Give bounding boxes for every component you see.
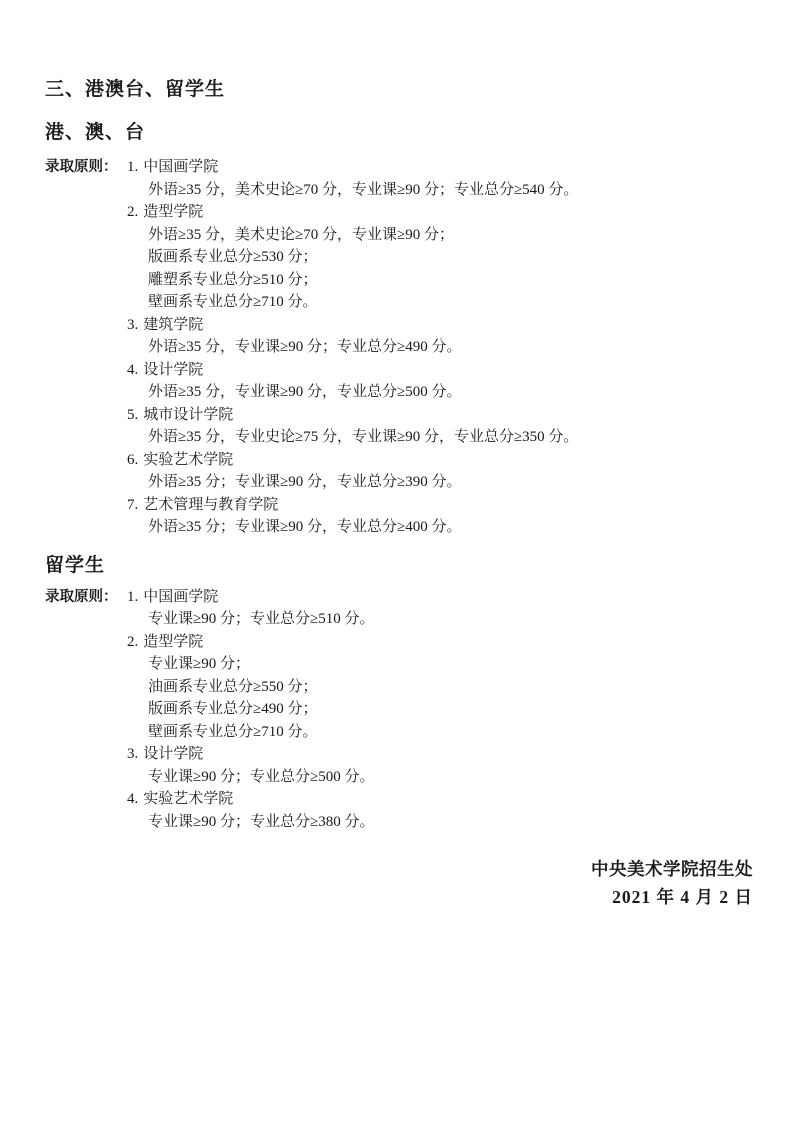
list-item: 3.设计学院 — [127, 743, 753, 766]
document-page: 三、港澳台、留学生 港、澳、台 录取原则： 1.中国画学院 外语≥35 分，美术… — [0, 0, 793, 1122]
item-name: 城市设计学院 — [143, 407, 233, 423]
item-name: 设计学院 — [143, 362, 203, 378]
list-item: 7.艺术管理与教育学院 — [127, 494, 753, 517]
principles-label: 录取原则： — [45, 156, 127, 179]
list-item: 6.实验艺术学院 — [127, 449, 753, 472]
item-detail: 专业课≥90 分； — [127, 653, 753, 676]
item-name: 设计学院 — [143, 746, 203, 762]
item-detail: 专业课≥90 分；专业总分≥380 分。 — [127, 811, 753, 834]
item-detail: 外语≥35 分，专业课≥90 分；专业总分≥490 分。 — [127, 336, 753, 359]
item-number: 1. — [127, 589, 138, 605]
item-detail: 雕塑系专业总分≥510 分； — [127, 269, 753, 292]
item-name: 建筑学院 — [143, 317, 203, 333]
item-detail: 专业课≥90 分；专业总分≥510 分。 — [127, 608, 753, 631]
signature-organization: 中央美术学院招生处 — [45, 855, 753, 883]
item-number: 7. — [127, 497, 138, 513]
item-detail: 专业课≥90 分；专业总分≥500 分。 — [127, 766, 753, 789]
item-detail: 版画系专业总分≥530 分； — [127, 246, 753, 269]
item-number: 4. — [127, 791, 138, 807]
item-detail: 壁画系专业总分≥710 分。 — [127, 291, 753, 314]
item-number: 3. — [127, 317, 138, 333]
item-number: 2. — [127, 634, 138, 650]
item-detail: 油画系专业总分≥550 分； — [127, 676, 753, 699]
item-detail: 壁画系专业总分≥710 分。 — [127, 721, 753, 744]
list-item: 5.城市设计学院 — [127, 404, 753, 427]
item-number: 4. — [127, 362, 138, 378]
list-item: 2.造型学院 — [127, 201, 753, 224]
list-item: 1.中国画学院 — [127, 586, 753, 609]
liuxuesheng-principles: 录取原则： 1.中国画学院 专业课≥90 分；专业总分≥510 分。 2.造型学… — [45, 586, 753, 834]
signature-date: 2021 年 4 月 2 日 — [45, 883, 753, 912]
item-name: 中国画学院 — [143, 589, 218, 605]
item-number: 6. — [127, 452, 138, 468]
subsection-heading-gangaotai: 港、澳、台 — [45, 120, 753, 146]
item-detail: 外语≥35 分，美术史论≥70 分，专业课≥90 分；专业总分≥540 分。 — [127, 179, 753, 202]
item-number: 2. — [127, 204, 138, 220]
item-detail: 外语≥35 分；专业课≥90 分，专业总分≥390 分。 — [127, 471, 753, 494]
item-detail: 外语≥35 分，专业史论≥75 分，专业课≥90 分，专业总分≥350 分。 — [127, 426, 753, 449]
item-name: 实验艺术学院 — [143, 452, 233, 468]
item-detail: 外语≥35 分，专业课≥90 分，专业总分≥500 分。 — [127, 381, 753, 404]
liuxuesheng-items: 1.中国画学院 专业课≥90 分；专业总分≥510 分。 2.造型学院 专业课≥… — [127, 586, 753, 834]
item-name: 实验艺术学院 — [143, 791, 233, 807]
subsection-heading-liuxuesheng: 留学生 — [45, 553, 753, 579]
item-number: 5. — [127, 407, 138, 423]
list-item: 4.实验艺术学院 — [127, 788, 753, 811]
item-name: 造型学院 — [143, 204, 203, 220]
section-heading: 三、港澳台、留学生 — [45, 78, 753, 102]
gangaotai-principles: 录取原则： 1.中国画学院 外语≥35 分，美术史论≥70 分，专业课≥90 分… — [45, 156, 753, 539]
list-item: 2.造型学院 — [127, 631, 753, 654]
item-detail: 外语≥35 分；专业课≥90 分，专业总分≥400 分。 — [127, 516, 753, 539]
item-number: 3. — [127, 746, 138, 762]
list-item: 3.建筑学院 — [127, 314, 753, 337]
principles-label: 录取原则： — [45, 586, 127, 609]
item-name: 造型学院 — [143, 634, 203, 650]
gangaotai-items: 1.中国画学院 外语≥35 分，美术史论≥70 分，专业课≥90 分；专业总分≥… — [127, 156, 753, 539]
item-name: 艺术管理与教育学院 — [143, 497, 278, 513]
item-detail: 版画系专业总分≥490 分； — [127, 698, 753, 721]
signature-block: 中央美术学院招生处 2021 年 4 月 2 日 — [45, 855, 753, 912]
list-item: 1.中国画学院 — [127, 156, 753, 179]
item-name: 中国画学院 — [143, 159, 218, 175]
item-detail: 外语≥35 分，美术史论≥70 分，专业课≥90 分； — [127, 224, 753, 247]
item-number: 1. — [127, 159, 138, 175]
list-item: 4.设计学院 — [127, 359, 753, 382]
